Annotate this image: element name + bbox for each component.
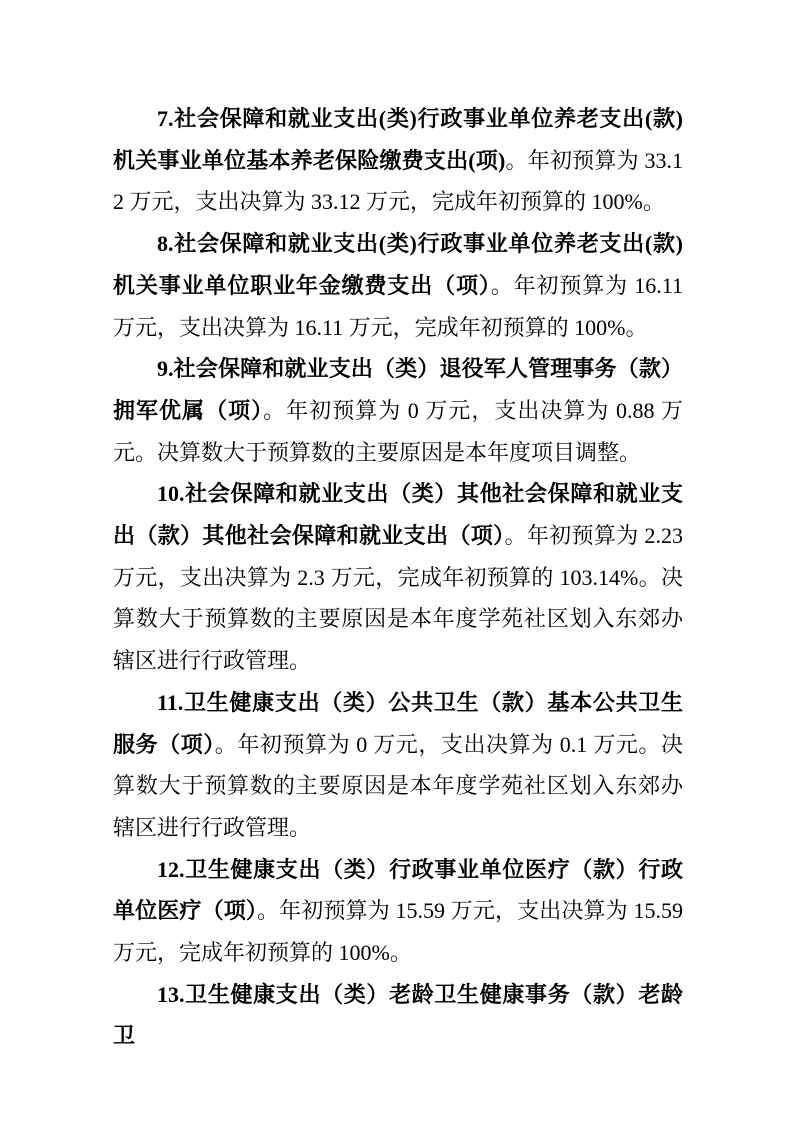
- paragraph-item-7: 7.社会保障和就业支出(类)行政事业单位养老支出(款)机关事业单位基本养老保险缴…: [113, 98, 683, 223]
- paragraph-item-8: 8.社会保障和就业支出(类)行政事业单位养老支出(款)机关事业单位职业年金缴费支…: [113, 223, 683, 348]
- paragraph-item-9: 9.社会保障和就业支出（类）退役军人管理事务（款）拥军优属（项）。年初预算为 0…: [113, 348, 683, 473]
- document-content: 7.社会保障和就业支出(类)行政事业单位养老支出(款)机关事业单位基本养老保险缴…: [113, 98, 683, 1057]
- document-page: 7.社会保障和就业支出(类)行政事业单位养老支出(款)机关事业单位基本养老保险缴…: [0, 0, 793, 1122]
- paragraph-item-11: 11.卫生健康支出（类）公共卫生（款）基本公共卫生服务（项）。年初预算为 0 万…: [113, 682, 683, 849]
- paragraph-item-10: 10.社会保障和就业支出（类）其他社会保障和就业支出（款）其他社会保障和就业支出…: [113, 473, 683, 682]
- paragraph-item-12: 12.卫生健康支出（类）行政事业单位医疗（款）行政单位医疗（项）。年初预算为 1…: [113, 849, 683, 974]
- paragraph-13-heading: 13.卫生健康支出（类）老龄卫生健康事务（款）老龄卫: [113, 982, 683, 1049]
- paragraph-item-13: 13.卫生健康支出（类）老龄卫生健康事务（款）老龄卫: [113, 974, 683, 1057]
